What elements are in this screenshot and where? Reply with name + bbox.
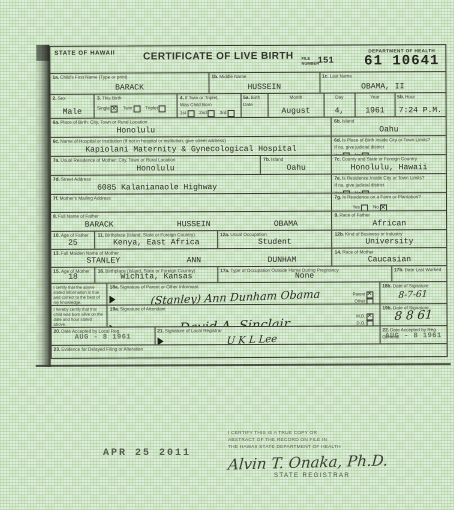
field-number: 7f. — [53, 197, 59, 202]
field-4-twin-order: 4.If Twin or Triplet, Was Child Born 1st… — [177, 94, 240, 117]
field-15-mother-age: 15.Age of Mother 18 — [51, 268, 95, 283]
row-attendant-signature: I hereby certify that this child was bor… — [51, 303, 446, 327]
checkbox-single-checked-icon — [111, 105, 118, 112]
field-number: 7b. — [263, 158, 270, 163]
field-14-value: Caucasian — [335, 255, 445, 264]
option-label-triplet: Triplet — [145, 105, 158, 110]
father-middle-name: HUSSEIN — [177, 220, 211, 229]
row-street-address: 7d.Street Address 6085 Kalanianaole High… — [51, 173, 446, 194]
field-8-father-name: 8.Full Name of Father BARACK HUSSEIN OBA… — [51, 212, 332, 231]
field-12b-industry: 12b.Kind of Business or Industry Univers… — [332, 230, 447, 247]
checkbox-md-checked-icon — [366, 313, 373, 320]
field-7g-farm-plantation: 7g.Is Residence on a Farm or Plantation?… — [331, 193, 446, 210]
signature-arrow-icon — [110, 324, 116, 326]
yes-label: Yes — [352, 204, 360, 209]
field-7b-value: Oahu — [263, 164, 329, 173]
field-number: 19a. — [110, 308, 119, 313]
yes-label: Yes — [334, 153, 342, 155]
field-label: If Twin or Triplet, — [185, 95, 219, 100]
checkbox-triplet-icon — [159, 105, 166, 112]
field-7e-city-limits: 7e.Is Residence Inside City or Town Limi… — [331, 174, 446, 192]
field-5a-birthdate-label: 5a.Birth Date — [240, 94, 268, 117]
informant-type-options: Parent Other — [353, 290, 378, 304]
field-label: Is Residence Inside City or Town Limits? — [342, 175, 424, 180]
row-sex-birthdate: 2.Sex Male 3.This Birth Single Twin Trip… — [51, 92, 446, 118]
checkbox-no-checked-icon — [380, 204, 387, 210]
field-label: Is Residence on a Farm or Plantation? — [342, 194, 420, 199]
father-last-name: OBAMA — [274, 220, 298, 229]
received-date-stamp: APR 25 2011 — [103, 448, 191, 459]
field-13-mother-name: 13.Full Maiden Name of Mother STANLEY AN… — [51, 249, 332, 267]
field-number: 6a. — [53, 121, 60, 126]
signature-arrow-icon — [157, 338, 163, 345]
field-number: 5b. — [397, 95, 404, 100]
no-label: No — [355, 191, 361, 193]
field-number: 8. — [53, 215, 57, 220]
checkbox-1st-icon — [187, 110, 194, 117]
field-6c-value: Kapiolani Maternity & Gynecological Hosp… — [53, 145, 329, 155]
row-mother-residence: 7a.Usual Residence of Mother: City, Town… — [51, 154, 446, 175]
field-1b-middle-name: 1b.Middle Name HUSSEIN — [208, 73, 319, 93]
field-18a-parent-signature: 18a.Signature of Parent or Other Informa… — [107, 282, 380, 304]
no-label: No — [373, 204, 379, 209]
birth-certificate-scan: { "header": { "state": "STATE OF HAWAII"… — [0, 0, 454, 510]
field-number: 4. — [180, 96, 184, 101]
field-13-value: STANLEY ANN DUNHAM — [53, 256, 329, 266]
row-mother-name: 13.Full Maiden Name of Mother STANLEY AN… — [51, 247, 446, 267]
twin-order-options: 1st 2nd 3rd — [180, 109, 238, 116]
checkbox-yes-checked-icon — [343, 191, 350, 193]
checkbox-3rd-icon — [227, 110, 234, 117]
field-label: Signature of Parent or Other Informant — [120, 284, 198, 289]
checkbox-yes-checked-icon — [343, 153, 350, 155]
checkbox-2nd-icon — [208, 110, 215, 117]
this-birth-options: Single Twin Triplet — [97, 104, 175, 111]
field-label: Middle Name — [219, 74, 246, 79]
field-1c-value: OBAMA, II — [322, 82, 443, 92]
form-title: CERTIFICATE OF LIVE BIRTH — [143, 51, 293, 63]
certificate-number: 61 10641 — [364, 53, 439, 69]
certification-line-1: I CERTIFY THIS IS A TRUE COPY OR — [228, 430, 428, 437]
field-number: 7d. — [53, 178, 60, 183]
father-first-name: BARACK — [85, 221, 114, 230]
field-19a-attendant-signature: 19a.Signature of Attendant David A. Sinc… — [107, 304, 380, 326]
field-label: Island — [271, 157, 283, 162]
field-11-value: Kenya, East Africa — [98, 238, 215, 248]
file-number-block: FILE NUMBER 151 — [302, 56, 334, 66]
checkbox-no-icon — [362, 191, 369, 193]
field-19b-value: 8 8 61 — [394, 307, 433, 323]
field-5a-day-value: 4, — [326, 107, 353, 116]
field-number: 18a. — [110, 286, 119, 291]
field-23-evidence: 23.Evidence for Delayed Filing or Altera… — [52, 344, 447, 358]
field-12a-value: Student — [220, 238, 330, 247]
field-6b-value: Oahu — [334, 125, 444, 134]
field-17a-occupation: 17a.Type of Occupation Outside Home Duri… — [217, 266, 391, 282]
file-number-label: FILE NUMBER — [302, 57, 318, 66]
field-17a-value: None — [220, 271, 389, 281]
statement-text: I certify that the above stated informat… — [53, 285, 104, 305]
field-number: 17b. — [394, 268, 404, 273]
city-limits-options: Yes No — [334, 151, 444, 154]
option-label-md: M.D. — [356, 313, 365, 318]
local-reg-date-stamp: AUG - 8 1961 — [75, 333, 131, 341]
field-7c-value: Honolulu, Hawaii — [334, 163, 444, 172]
field-label: Signature of Attendant — [120, 306, 165, 311]
field-15-value: 18 — [53, 273, 92, 282]
field-5a-year: Year 1961 — [355, 93, 395, 116]
checkbox-parent-checked-icon — [366, 291, 373, 298]
field-5b-value: 7:24 P.M. — [397, 106, 443, 115]
field-8-value: BARACK HUSSEIN OBAMA — [53, 220, 329, 230]
field-9-value: African — [335, 219, 445, 228]
field-7b-island: 7b.Island Oahu — [260, 156, 331, 174]
field-label: Name of Hospital or Institution (If not … — [60, 138, 225, 144]
field-label: Signature of Local Registrar — [165, 328, 222, 333]
row-registrar: 20.Date Accepted by Local Reg. AUG - 8 1… — [52, 325, 447, 345]
field-6c-hospital: 6c.Name of Hospital or Institution (If n… — [51, 137, 332, 156]
field-number: 7e. — [334, 177, 341, 182]
field-number: 3. — [97, 97, 101, 102]
field-20-date-accepted-local: 20.Date Accepted by Local Reg. AUG - 8 1… — [52, 327, 155, 344]
option-label-do: D.O. — [357, 320, 366, 325]
file-number-value: 151 — [318, 56, 334, 66]
field-17b-date-last-worked: 17b.Date Last Worked — [391, 266, 446, 281]
attendant-signature-script: David A. Sinclair — [118, 315, 351, 327]
field-label: Kind of Business or Industry — [345, 231, 402, 236]
field-label: Full Name of Father — [58, 214, 99, 219]
field-label: Date Last Worked — [405, 267, 442, 272]
field-label: Is Place of Birth Inside City or Town Li… — [342, 137, 430, 142]
row-mailing-address: 7f.Mother's Mailing Address 7g.Is Reside… — [51, 192, 446, 212]
field-7d-street-address: 7d.Street Address 6085 Kalanianaole High… — [51, 175, 332, 194]
field-5a-year-value: 1961 — [358, 106, 393, 115]
field-22-date-accepted-general: 22.Date Accepted by Reg. General AUG - 8… — [379, 326, 446, 343]
certification-line-2: ABSTRACT OF THE RECORD ON FILE IN — [228, 437, 428, 444]
department-block: DEPARTMENT OF HEALTH 61 10641 — [364, 48, 439, 69]
residence-city-limits-options: Yes No — [334, 189, 444, 192]
certificate-document: STATE OF HAWAII CERTIFICATE OF LIVE BIRT… — [34, 44, 447, 359]
field-number: 6c. — [53, 140, 60, 145]
option-label-parent: Parent — [353, 291, 366, 296]
mother-middle-name: ANN — [187, 256, 201, 265]
row-parent-signature: I certify that the above stated informat… — [51, 281, 446, 305]
field-2-sex: 2.Sex Male — [51, 95, 95, 118]
attendant-certify-statement: I hereby certify that this child was bor… — [51, 306, 106, 327]
field-label-line2: If no, give judicial district — [334, 182, 444, 188]
field-label: This Birth — [102, 96, 121, 101]
field-number: 9. — [334, 214, 338, 219]
field-label: Island — [342, 119, 354, 124]
field-21-local-registrar-signature: 21.Signature of Local Registrar U K L Le… — [154, 326, 379, 344]
checkbox-twin-icon — [133, 105, 140, 112]
field-16-value: Wichita, Kansas — [98, 272, 215, 282]
field-label: Last Name — [330, 74, 352, 79]
mother-maiden-name: DUNHAM — [268, 256, 297, 265]
field-2-value: Male — [53, 108, 92, 117]
row-child-name: 1a.Child's First Name (Type or print) BA… — [50, 71, 445, 94]
field-label: Mother's Mailing Address — [60, 196, 111, 201]
field-3-this-birth: 3.This Birth Single Twin Triplet — [94, 94, 177, 117]
field-9-father-race: 9.Race of Father African — [331, 211, 446, 229]
field-label: Race of Mother — [342, 249, 373, 254]
checkbox-no-icon — [362, 153, 369, 155]
field-number: 2. — [53, 97, 57, 102]
option-label-twin: Twin — [123, 105, 132, 110]
yes-label: Yes — [334, 191, 342, 193]
field-18b-signature-date: 18b.Date of Signature 8-7-61 — [379, 282, 446, 303]
field-number: 6b. — [334, 120, 341, 125]
field-5a-month-value: August — [271, 107, 321, 116]
registrar-signature-script: U K L Lee — [226, 334, 277, 345]
field-number: 7g. — [334, 196, 341, 201]
field-label: Place of Birth: City, Town or Rural Loca… — [60, 119, 147, 124]
paper-bottom-edge — [36, 363, 451, 367]
field-label: Age of Father — [61, 233, 89, 238]
signature-arrow-icon — [110, 295, 116, 303]
farm-plantation-options: Yes No — [352, 203, 444, 210]
field-number: 5a. — [243, 96, 250, 101]
field-7d-value: 6085 Kalanianaole Highway — [53, 183, 261, 193]
field-label: Evidence for Delayed Filing or Alteratio… — [61, 346, 143, 351]
field-label: Street Address — [61, 177, 91, 182]
field-1c-last-name: 1c.Last Name OBAMA, II — [319, 72, 445, 93]
row-father-details: 10.Age of Father 25 11.Birthplace (Islan… — [51, 229, 446, 249]
field-label-line2: If no, give judicial district — [334, 144, 444, 150]
field-6a-value: Honolulu — [53, 126, 219, 136]
certificate-form: STATE OF HAWAII CERTIFICATE OF LIVE BIRT… — [49, 44, 447, 359]
field-number: 7c. — [334, 158, 341, 163]
option-label-other: Other — [355, 298, 366, 303]
field-number: 1b. — [211, 75, 218, 80]
form-header: STATE OF HAWAII CERTIFICATE OF LIVE BIRT… — [50, 45, 445, 73]
field-label: Hour — [405, 94, 415, 99]
field-7f-value — [53, 210, 329, 211]
field-number: 7a. — [53, 159, 60, 164]
paper-curl-edge — [34, 45, 50, 367]
certification-block: I CERTIFY THIS IS A TRUE COPY OR ABSTRAC… — [228, 430, 428, 479]
field-7f-mailing-address: 7f.Mother's Mailing Address — [51, 194, 332, 212]
field-label: Birthplace (Island, State or Foreign Cou… — [105, 232, 195, 237]
field-5a-day: Day 4, — [323, 94, 355, 117]
field-number: 1c. — [322, 75, 329, 80]
field-12b-value: University — [335, 237, 445, 246]
row-place-of-birth: 6a.Place of Birth: City, Town or Rural L… — [51, 116, 446, 137]
field-6d-city-limits: 6d.Is Place of Birth Inside City or Town… — [331, 136, 446, 154]
field-14-mother-race: 14.Race of Mother Caucasian — [332, 248, 447, 265]
day-column-label: Day — [326, 95, 353, 100]
state-registrar-title: STATE REGISTRAR — [274, 473, 428, 479]
field-label: County and State or Foreign Country — [342, 156, 417, 161]
field-label-line2: Was Child Born — [180, 102, 238, 108]
field-label: Usual Occupation — [230, 232, 266, 237]
field-number: 1a. — [52, 76, 59, 81]
field-1a-first-name: 1a.Child's First Name (Type or print) BA… — [50, 73, 208, 94]
field-18b-value: 8-7-61 — [398, 290, 428, 301]
state-registrar-signature: Alvin T. Onaka, Ph.D. — [227, 450, 428, 473]
field-label: Child's First Name (Type or print) — [60, 74, 127, 79]
field-label: Sex — [58, 96, 66, 101]
field-number: 23. — [54, 348, 61, 353]
option-label-3rd: 3rd — [220, 110, 227, 115]
month-column-label: Month — [271, 95, 321, 100]
field-16-mother-birthplace: 16.Birthplace (Island, State or Foreign … — [95, 267, 218, 283]
state-label: STATE OF HAWAII — [54, 51, 115, 57]
field-5b-hour: 5b.Hour 7:24 P.M. — [394, 93, 445, 116]
row-evidence: 23.Evidence for Delayed Filing or Altera… — [52, 343, 447, 358]
field-label: Race of Father — [340, 212, 370, 217]
field-6a-place-of-birth: 6a.Place of Birth: City, Town or Rural L… — [51, 118, 332, 137]
field-7c-county-state: 7c.County and State or Foreign Country H… — [331, 155, 446, 173]
field-1a-value: BARACK — [52, 83, 206, 93]
no-label: No — [355, 153, 361, 155]
row-hospital: 6c.Name of Hospital or Institution (If n… — [51, 135, 446, 156]
field-7a-residence: 7a.Usual Residence of Mother: City, Town… — [51, 156, 260, 175]
field-12a-occupation: 12a.Usual Occupation Student — [217, 231, 332, 248]
field-1b-value: HUSSEIN — [211, 83, 317, 92]
checkbox-yes-icon — [361, 204, 368, 210]
field-19b-signature-date: 19b.Date of Signature 8 8 61 — [379, 304, 446, 325]
reg-general-date-stamp: AUG - 8 1961 — [385, 332, 441, 340]
attendant-type-options: M.D. D.O. Midwife Other — [351, 312, 378, 326]
field-number: 6d. — [334, 139, 341, 144]
field-label: Usual Residence of Mother: City, Town or… — [60, 157, 175, 163]
field-label: Full Maiden Name of Mother — [61, 251, 119, 256]
row-father-name: 8.Full Name of Father BARACK HUSSEIN OBA… — [51, 210, 446, 231]
mother-first-name: STANLEY — [87, 257, 121, 266]
year-column-label: Year — [358, 94, 393, 99]
field-5a-month: Month August — [268, 94, 323, 117]
option-label-single: Single — [97, 105, 110, 110]
field-number: 21. — [157, 329, 164, 334]
statement-text: I hereby certify that this child was bor… — [53, 307, 104, 327]
field-11-father-birthplace: 11.Birthplace (Island, State or Foreign … — [95, 231, 218, 249]
field-7a-value: Honolulu — [53, 164, 258, 174]
option-label-1st: 1st — [180, 110, 186, 115]
field-10-father-age: 10.Age of Father 25 — [51, 232, 95, 249]
field-10-value: 25 — [53, 239, 92, 248]
parent-certify-statement: I certify that the above stated informat… — [51, 284, 106, 305]
option-label-2nd: 2nd — [199, 110, 207, 115]
row-mother-details: 15.Age of Mother 18 16.Birthplace (Islan… — [51, 265, 446, 283]
field-6b-island: 6b.Island Oahu — [331, 117, 446, 135]
